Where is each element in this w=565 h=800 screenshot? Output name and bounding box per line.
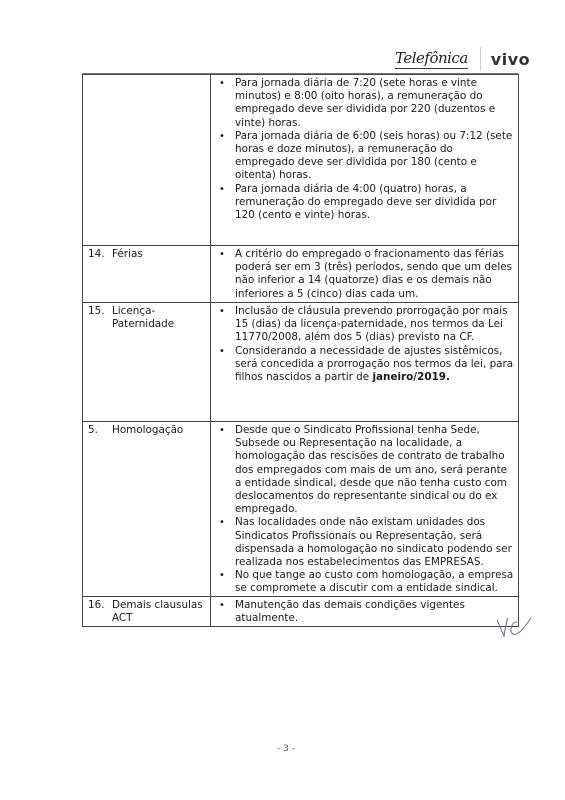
bullet-list: Desde que o Sindicato Profissional tenha… xyxy=(216,424,514,596)
bullet-list: Inclusão de cláusula prevendo prorrogaçã… xyxy=(216,305,514,384)
bullet-list: A critério do empregado o fracionamento … xyxy=(216,248,514,301)
table-row: 5.Homologação Desde que o Sindicato Prof… xyxy=(83,422,519,597)
row-content: Para jornada diária de 7:20 (sete horas … xyxy=(211,75,519,246)
table-row: Para jornada diária de 7:20 (sete horas … xyxy=(83,75,519,246)
row-label-demais-clausulas: 16.Demais clausulas ACT xyxy=(83,596,211,626)
signature-initials xyxy=(495,612,535,644)
vivo-logo: vivo xyxy=(491,50,530,69)
clauses-table: Para jornada diária de 7:20 (sete horas … xyxy=(82,74,519,627)
list-item: Para jornada diária de 4:00 (quatro) hor… xyxy=(216,183,514,223)
row-content: Inclusão de cláusula prevendo prorrogaçã… xyxy=(211,303,519,422)
row-content: A critério do empregado o fracionamento … xyxy=(211,246,519,303)
row-content: Manutenção das demais condições vigentes… xyxy=(211,596,519,626)
header-logo: Telefônica vivo xyxy=(395,47,530,71)
row-label-ferias: 14.Férias xyxy=(83,246,211,303)
signature-icon xyxy=(495,612,535,640)
list-item: Desde que o Sindicato Profissional tenha… xyxy=(216,424,514,516)
table-row: 16.Demais clausulas ACT Manutenção das d… xyxy=(83,596,519,626)
row-label xyxy=(83,75,211,246)
list-item: Considerando a necessidade de ajustes si… xyxy=(216,345,514,385)
table-row: 14.Férias A critério do empregado o frac… xyxy=(83,246,519,303)
bold-date: janeiro/2019. xyxy=(372,371,450,383)
list-item: Para jornada diária de 6:00 (seis horas)… xyxy=(216,130,514,183)
telefonica-logo: Telefônica xyxy=(395,49,468,69)
bullet-list: Para jornada diária de 7:20 (sete horas … xyxy=(216,77,514,222)
page-number: - 3 - xyxy=(277,744,295,754)
bullet-list: Manutenção das demais condições vigentes… xyxy=(216,599,514,625)
list-item: Para jornada diária de 7:20 (sete horas … xyxy=(216,77,514,130)
list-item: Inclusão de cláusula prevendo prorrogaçã… xyxy=(216,305,514,345)
logo-divider xyxy=(480,47,481,71)
row-label-licenca-paternidade: 15.Licença- Paternidade xyxy=(83,303,211,422)
list-item: No que tange ao custo com homologação, a… xyxy=(216,569,514,595)
row-label-homologacao: 5.Homologação xyxy=(83,422,211,597)
list-item: Manutenção das demais condições vigentes… xyxy=(216,599,514,625)
table-row: 15.Licença- Paternidade Inclusão de cláu… xyxy=(83,303,519,422)
row-content: Desde que o Sindicato Profissional tenha… xyxy=(211,422,519,597)
list-item: A critério do empregado o fracionamento … xyxy=(216,248,514,301)
list-item: Nas localidades onde não existam unidade… xyxy=(216,516,514,569)
